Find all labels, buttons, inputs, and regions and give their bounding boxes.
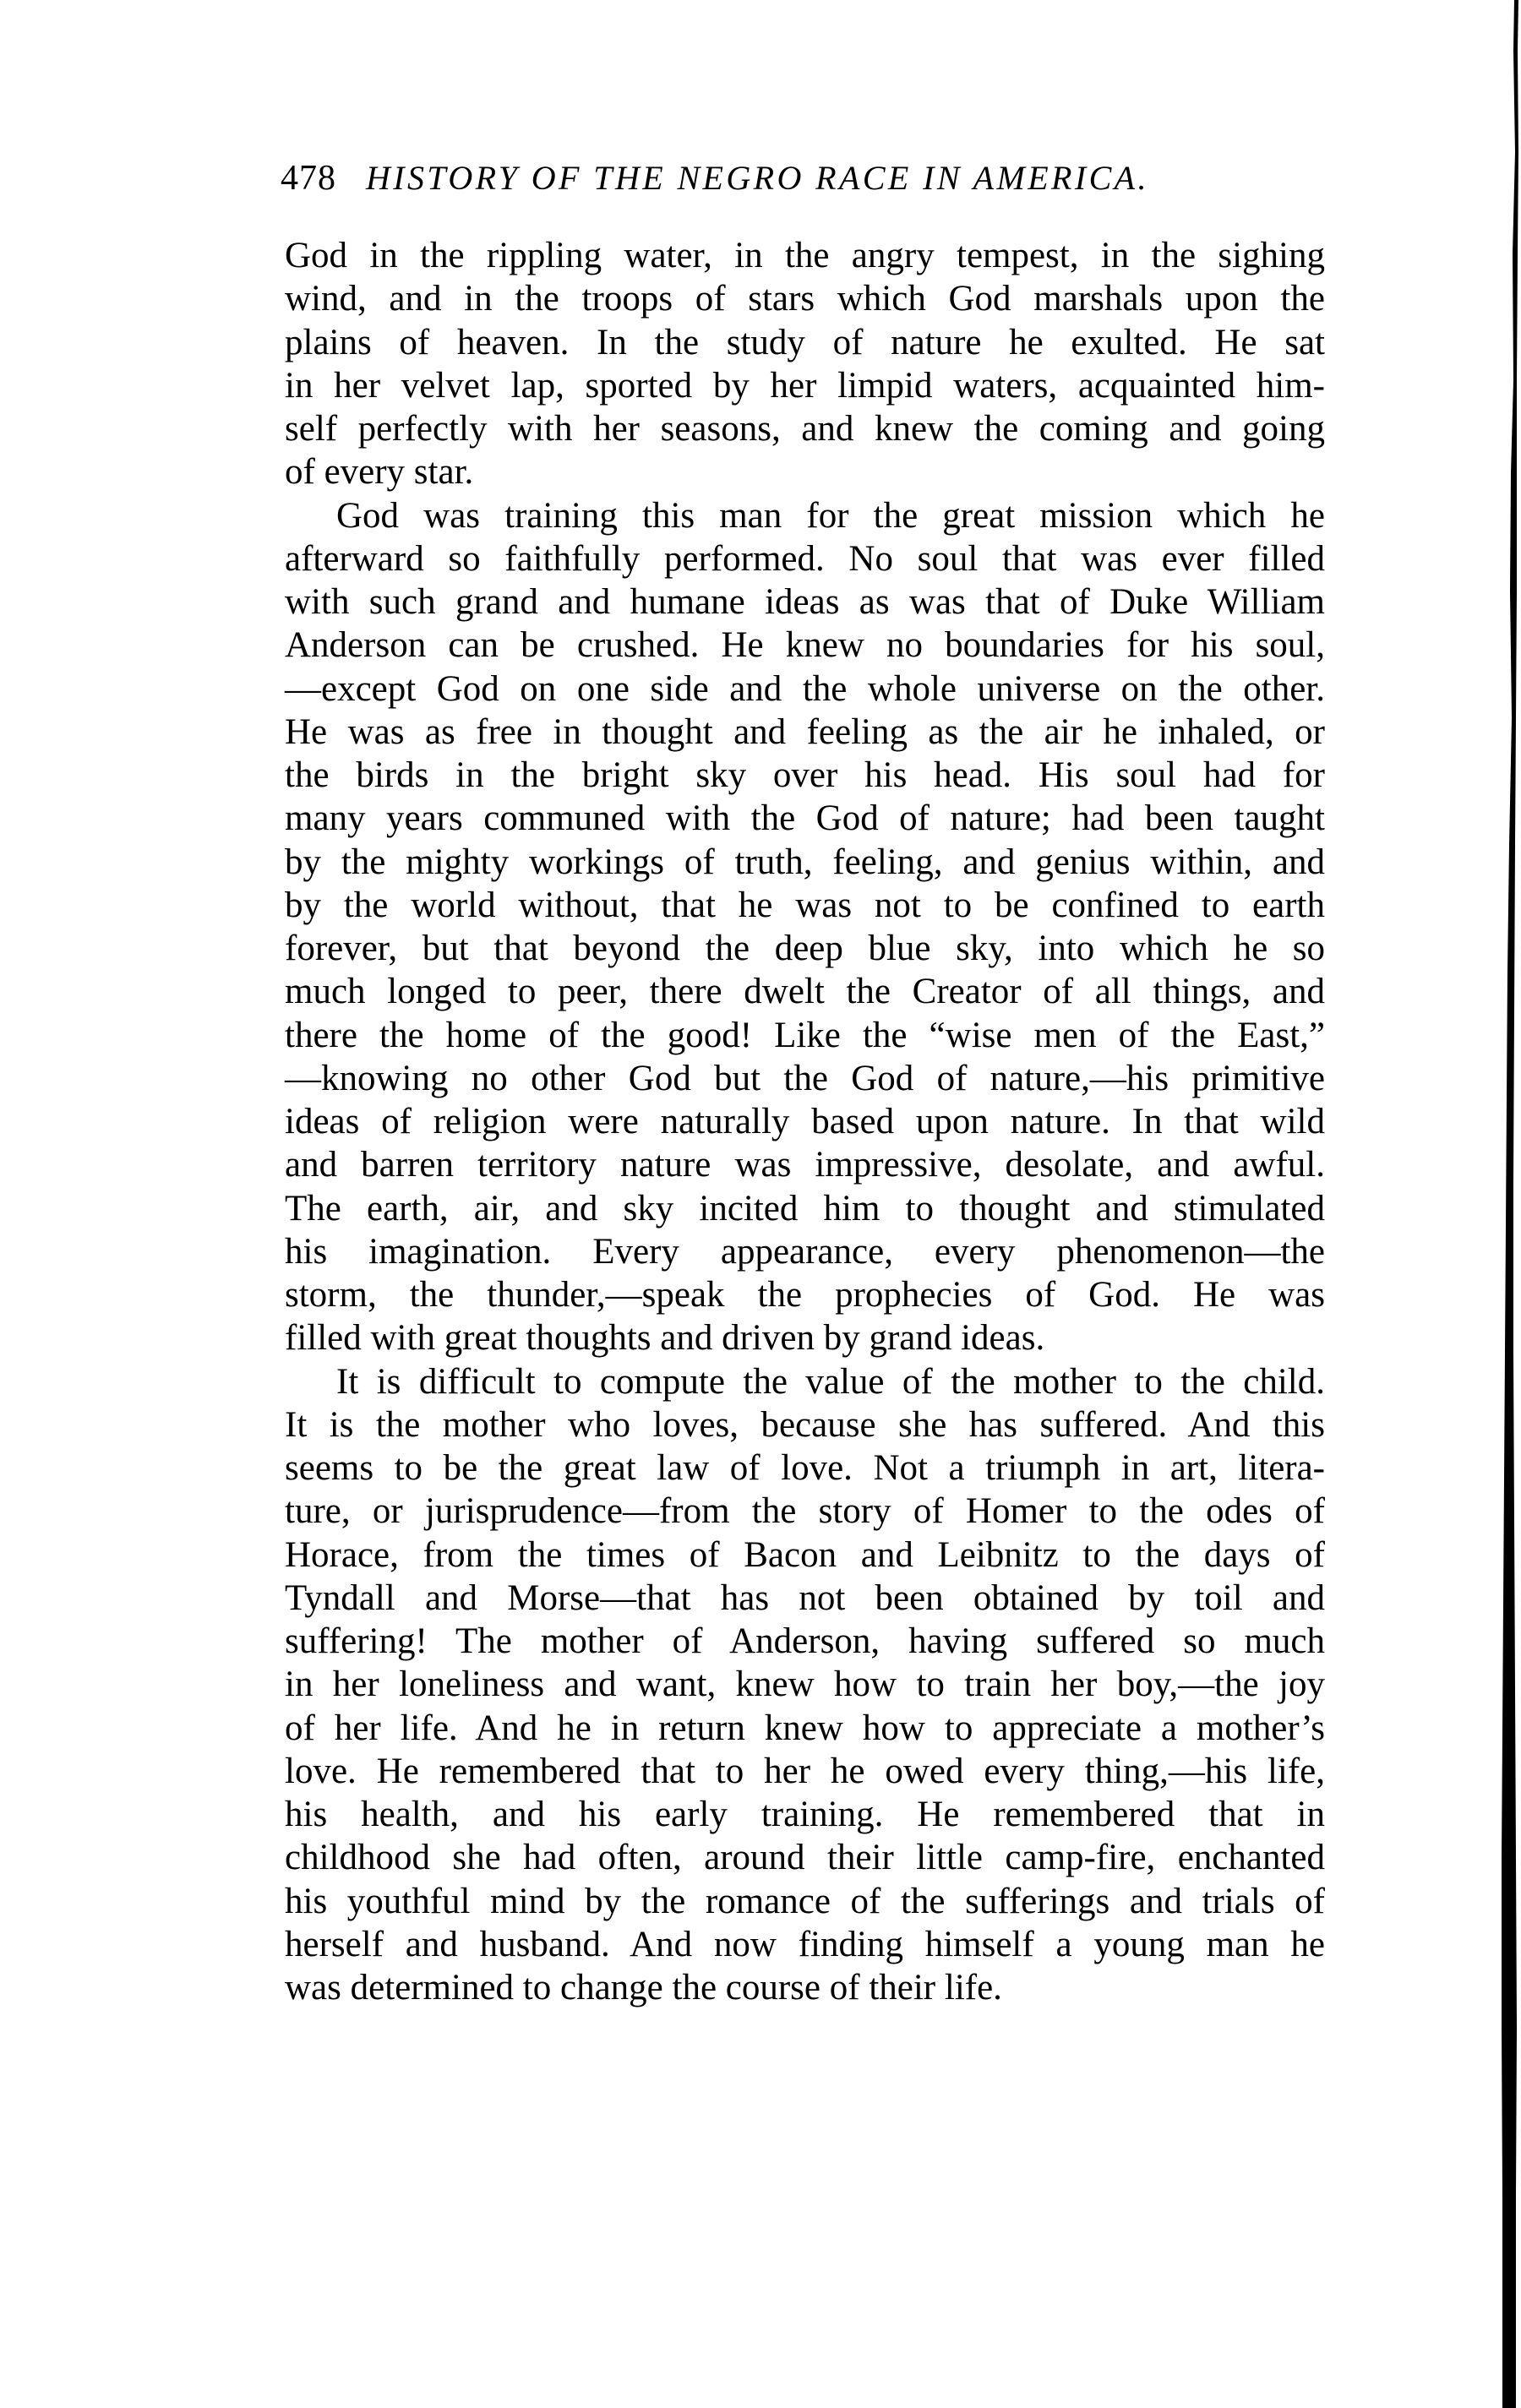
text-line: his health, and his early training. He r…	[285, 1793, 1325, 1836]
text-line: of her life. And he in return knew how t…	[285, 1707, 1325, 1750]
text-line: his imagination. Every appearance, every…	[285, 1230, 1325, 1273]
paragraph: It is difficult to compute the value of …	[285, 1360, 1325, 2010]
running-title: HISTORY OF THE NEGRO RACE IN AMERICA.	[366, 157, 1149, 199]
text-line: there the home of the good! Like the “wi…	[285, 1014, 1325, 1057]
text-line: plains of heaven. In the study of nature…	[285, 321, 1325, 364]
text-line: He was as free in thought and feeling as…	[285, 711, 1325, 754]
text-line: many years communed with the God of natu…	[285, 797, 1325, 840]
text-line: The earth, air, and sky incited him to t…	[285, 1187, 1325, 1230]
text-line: in her loneliness and want, knew how to …	[285, 1663, 1325, 1706]
text-line: in her velvet lap, sported by her limpid…	[285, 364, 1325, 407]
text-line: seems to be the great law of love. Not a…	[285, 1446, 1325, 1490]
text-line: storm, the thunder,—speak the prophecies…	[285, 1273, 1325, 1316]
text-line: It is the mother who loves, because she …	[285, 1403, 1325, 1446]
text-line: herself and husband. And now finding him…	[285, 1923, 1325, 1966]
paragraph: God in the rippling water, in the angry …	[285, 234, 1325, 494]
text-line: —knowing no other God but the God of nat…	[285, 1057, 1325, 1100]
text-line: wind, and in the troops of stars which G…	[285, 277, 1325, 320]
text-line: self perfectly with her seasons, and kne…	[285, 407, 1325, 450]
text-line: ture, or jurisprudence—from the story of…	[285, 1490, 1325, 1533]
text-line: with such grand and humane ideas as was …	[285, 580, 1325, 624]
text-line: afterward so faithfully performed. No so…	[285, 537, 1325, 580]
text-line: ideas of religion were naturally based u…	[285, 1100, 1325, 1143]
text-line: Anderson can be crushed. He knew no boun…	[285, 624, 1325, 667]
text-line: —except God on one side and the whole un…	[285, 667, 1325, 711]
body-text: God in the rippling water, in the angry …	[285, 234, 1325, 2009]
page-number: 478	[281, 157, 366, 199]
running-head: 478HISTORY OF THE NEGRO RACE IN AMERICA.	[281, 157, 1278, 199]
text-line: God in the rippling water, in the angry …	[285, 234, 1325, 277]
text-line: filled with great thoughts and driven by…	[285, 1316, 1325, 1359]
text-line: the birds in the bright sky over his hea…	[285, 754, 1325, 797]
text-line: was determined to change the course of t…	[285, 1966, 1325, 2009]
text-line: his youthful mind by the romance of the …	[285, 1880, 1325, 1923]
text-line: by the world without, that he was not to…	[285, 884, 1325, 927]
text-line: love. He remembered that to her he owed …	[285, 1750, 1325, 1793]
text-line: much longed to peer, there dwelt the Cre…	[285, 970, 1325, 1013]
text-line: Tyndall and Morse—that has not been obta…	[285, 1577, 1325, 1620]
text-line: and barren territory nature was impressi…	[285, 1143, 1325, 1186]
text-line: by the mighty workings of truth, feeling…	[285, 841, 1325, 884]
text-line: childhood she had often, around their li…	[285, 1836, 1325, 1879]
text-line: of every star.	[285, 450, 1325, 493]
text-line: suffering! The mother of Anderson, havin…	[285, 1620, 1325, 1663]
text-line: forever, but that beyond the deep blue s…	[285, 927, 1325, 970]
paragraph: God was training this man for the great …	[285, 494, 1325, 1360]
text-line: It is difficult to compute the value of …	[285, 1360, 1325, 1403]
text-line: God was training this man for the great …	[285, 494, 1325, 537]
text-line: Horace, from the times of Bacon and Leib…	[285, 1534, 1325, 1577]
book-page: 478HISTORY OF THE NEGRO RACE IN AMERICA.…	[0, 0, 1521, 2408]
